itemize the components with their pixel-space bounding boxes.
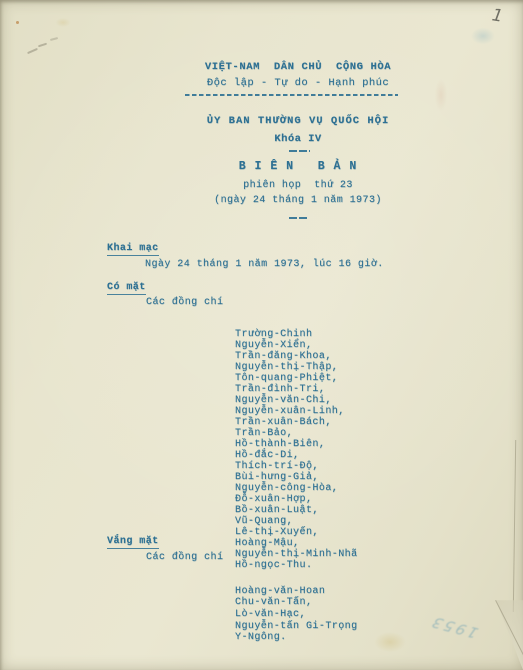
paper-edge-line [513, 440, 517, 612]
section-heading-present: Có mặt [107, 282, 146, 294]
pencil-scribble [27, 48, 38, 54]
bleedthrough-handwriting: 1953 [427, 612, 481, 641]
dashed-rule [185, 94, 398, 96]
opening-heading-text: Khai mạc [107, 243, 159, 256]
absent-heading-text: Vắng mặt [107, 536, 159, 549]
paper-stain [368, 628, 412, 656]
absent-names-list: Hoàng-văn-HoanChu-văn-Tấn,Lò-văn-Hạc,Ngu… [235, 551, 358, 644]
present-name-item: Hồ-thành-Biên, [235, 439, 358, 450]
corner-fold [490, 595, 523, 670]
present-name-item: Trần-đình-Tri, [235, 384, 358, 395]
absent-name-item: Chu-văn-Tấn, [235, 597, 358, 609]
scanned-minutes-page: 1 VIỆT-NAM DÂN CHỦ CỘNG HÒA Độc lập - Tự… [0, 0, 523, 670]
pencil-scribble [38, 43, 47, 48]
present-name-item: Đỗ-xuân-Hợp, [235, 494, 358, 505]
absent-name-item: Y-Ngông. [235, 632, 358, 644]
session-date-line: (ngày 24 tháng 1 năm 1973) [110, 195, 486, 207]
short-dash-rule [289, 217, 309, 219]
present-name-item: Hoàng-Mậu, [235, 538, 358, 549]
present-name-item: Trường-Chinh [235, 329, 358, 340]
present-name-item: Trần-xuân-Bách, [235, 417, 358, 428]
absent-comrades-label: Các đồng chí [146, 552, 223, 564]
present-comrades-label: Các đồng chí [146, 297, 223, 309]
absent-name-item: Lò-văn-Hạc, [235, 609, 358, 621]
paper-speck [16, 21, 19, 24]
absent-name-item: Hoàng-văn-Hoan [235, 586, 358, 598]
ink-smudge [466, 24, 500, 48]
present-name-item: Bùi-hưng-Giả, [235, 472, 358, 483]
national-motto-country-line: VIỆT-NAM DÂN CHỦ CỘNG HÒA [110, 61, 486, 73]
present-name-item: Trần-Bảo, [235, 428, 358, 439]
section-heading-absent: Vắng mặt [107, 536, 159, 548]
present-names-list: Trường-ChinhNguyễn-Xiển,Trần-đăng-Khoa,N… [235, 296, 358, 571]
committee-name: ỦY BAN THƯỜNG VỤ QUỐC HỘI [110, 115, 486, 127]
present-name-item: Thích-trí-Độ, [235, 461, 358, 472]
section-heading-opening: Khai mạc [107, 243, 159, 255]
present-name-item: Nguyễn-thị-Thập, [235, 362, 358, 373]
absent-name-item: Nguyễn-tấn Gi-Trọng [235, 621, 358, 633]
short-dash-rule [289, 150, 310, 152]
present-name-item: Nguyễn-công-Hòa, [235, 483, 358, 494]
present-name-item: Vũ-Quang, [235, 516, 358, 527]
national-motto-line: Độc lập - Tự do - Hạnh phúc [110, 77, 486, 89]
present-name-item: Hồ-đắc-Di, [235, 450, 358, 461]
committee-term: Khóa IV [110, 133, 486, 145]
present-name-item: Trần-đăng-Khoa, [235, 351, 358, 362]
pencil-scribble [50, 37, 58, 40]
present-name-item: Bồ-xuân-Luật, [235, 505, 358, 516]
present-name-item: Nguyễn-Xiển, [235, 340, 358, 351]
opening-time-text: Ngày 24 tháng 1 năm 1973, lúc 16 giờ. [145, 259, 384, 271]
present-name-item: Nguyễn-xuân-Linh, [235, 406, 358, 417]
paper-stain [52, 16, 74, 29]
present-name-item: Nguyễn-văn-Chi, [235, 395, 358, 406]
present-name-item: Lê-thị-Xuyến, [235, 527, 358, 538]
present-name-item: Tôn-quang-Phiệt, [235, 373, 358, 384]
present-heading-text: Có mặt [107, 282, 146, 295]
paper-stain [432, 72, 450, 118]
session-number-line: phiên họp thứ 23 [110, 180, 486, 192]
document-title: B I Ê N B Ả N [110, 161, 486, 173]
